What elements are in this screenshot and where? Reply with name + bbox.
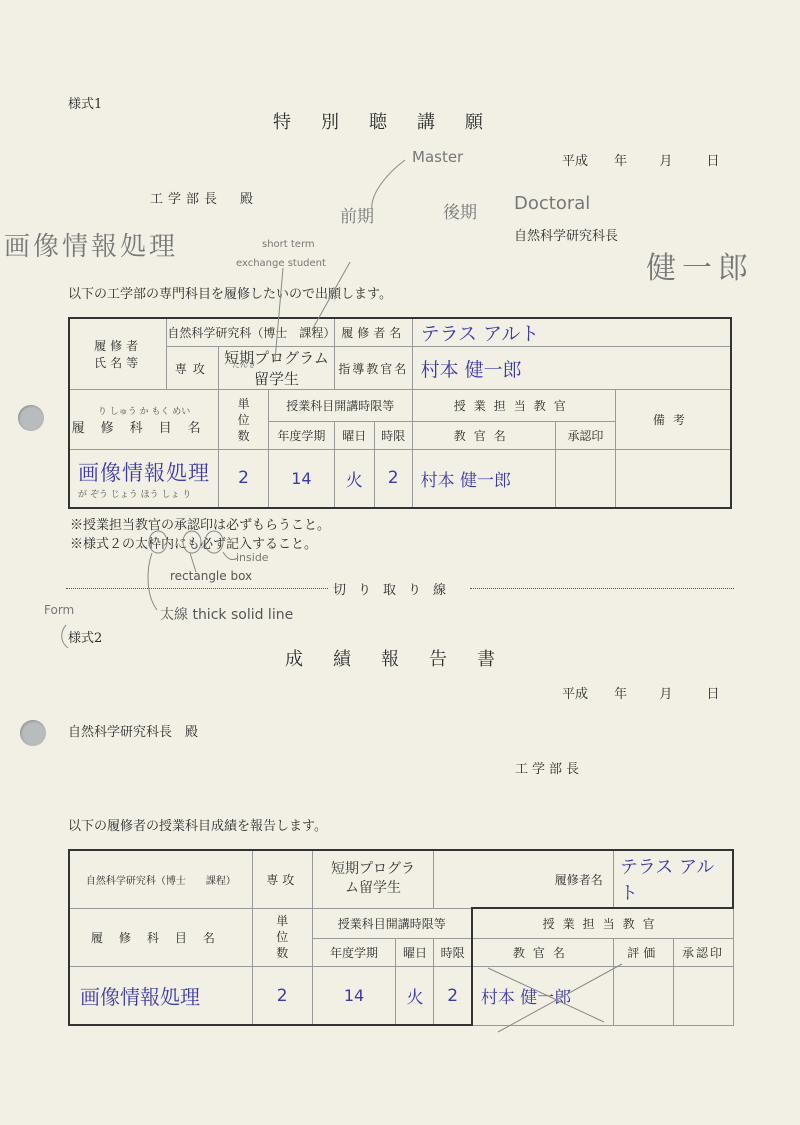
pencil-annotation-strokes bbox=[0, 0, 800, 1125]
inside-pointer bbox=[223, 552, 238, 560]
rectangle-pointer bbox=[190, 553, 196, 572]
circle-nai bbox=[205, 531, 223, 553]
exchange-arrow bbox=[275, 268, 283, 360]
thick-line-pointer bbox=[148, 553, 157, 610]
cross-stroke-1 bbox=[488, 968, 604, 1022]
zenki-arrow bbox=[312, 262, 350, 330]
form2-circle bbox=[62, 625, 68, 648]
circle-futo bbox=[149, 531, 167, 553]
master-arrow bbox=[372, 160, 405, 210]
circle-waku bbox=[183, 531, 201, 553]
